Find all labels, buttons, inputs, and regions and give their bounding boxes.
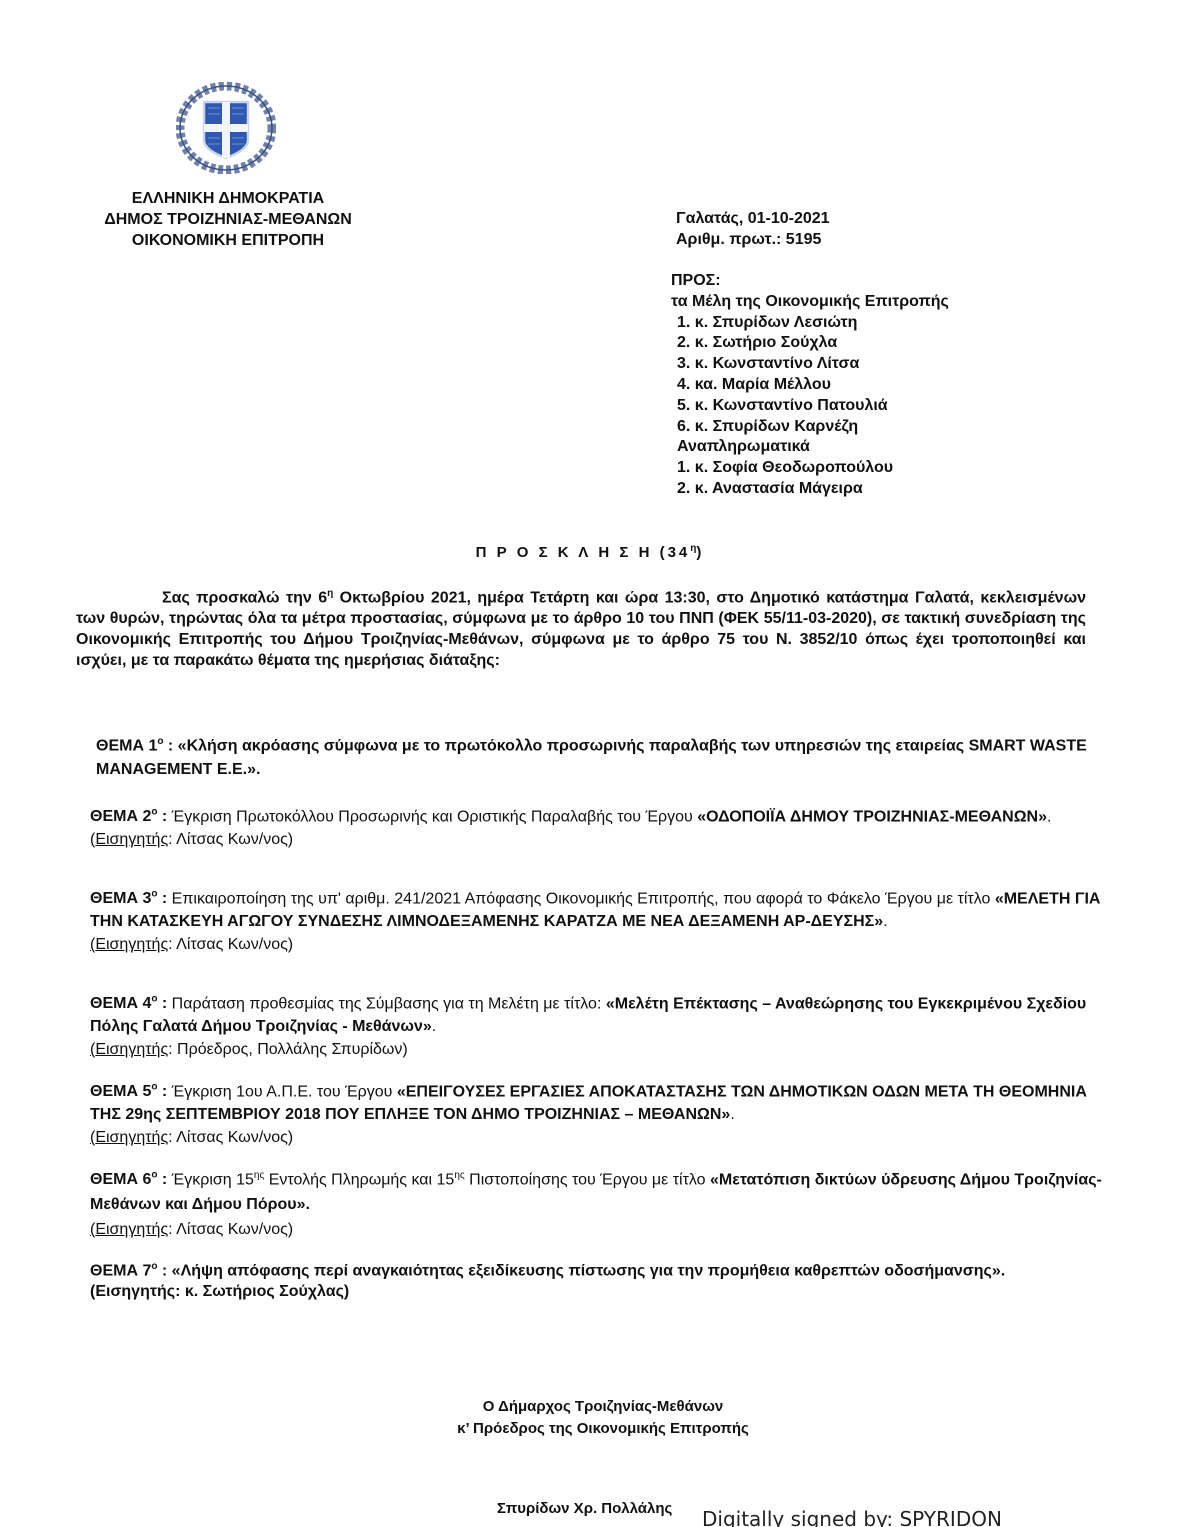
- rapporteur: (Εισηγητής: Πρόεδρος, Πολλάλης Σπυρίδων): [90, 1038, 1110, 1061]
- issuer-line: ΕΛΛΗΝΙΚΗ ΔΗΜΟΚΡΑΤΙΑ: [86, 188, 370, 209]
- protocol-number: Αριθμ. πρωτ.: 5195: [676, 229, 830, 250]
- agenda-topic-1: ΘΕΜΑ 1ο : «Κλήση ακρόασης σύμφωνα με το …: [96, 730, 1116, 782]
- rapporteur-name: : Λίτσας Κων/νος): [168, 936, 293, 953]
- rapporteur: (Εισηγητής: κ. Σωτήριος Σούχλας): [90, 1281, 1150, 1302]
- topic-tail: .: [432, 1018, 436, 1035]
- topic-text: Έγκριση 1ου Α.Π.Ε. του Έργου: [172, 1083, 397, 1100]
- topic-text: «Λήψη απόφασης περί αναγκαιότητας εξειδί…: [172, 1262, 1006, 1279]
- recipient-item: 4. κα. Μαρία Μέλλου: [671, 375, 949, 396]
- topic-label: ΘΕΜΑ 4: [90, 995, 151, 1012]
- rapporteur-name: : Λίτσας Κων/νος): [168, 1221, 293, 1238]
- digital-signature-stamp[interactable]: Digitally signed by: SPYRIDON: [702, 1507, 1002, 1527]
- agenda-topic-6: ΘΕΜΑ 6ο : Έγκριση 15ης Εντολής Πληρωμής …: [90, 1163, 1110, 1242]
- issuer-line: ΟΙΚΟΝΟΜΙΚΗ ΕΠΙΤΡΟΠΗ: [86, 230, 370, 251]
- topic-label: ΘΕΜΑ 5: [90, 1083, 151, 1100]
- topic-text: Έγκριση Πρωτοκόλλου Προσωρινής και Οριστ…: [172, 808, 698, 825]
- topic-sep: :: [157, 995, 171, 1012]
- agenda-topic-4: ΘΕΜΑ 4ο : Παράταση προθεσμίας της Σύμβασ…: [90, 988, 1110, 1061]
- recipient-item: 1. κ. Σπυρίδων Λεσιώτη: [671, 313, 949, 334]
- rapporteur-label: Εισηγητής: [95, 936, 168, 953]
- date-protocol-block: Γαλατάς, 01-10-2021 Αριθμ. πρωτ.: 5195: [676, 208, 830, 250]
- recipient-item: 3. κ. Κωνσταντίνο Λίτσα: [671, 354, 949, 375]
- title-text: Π Ρ Ο Σ Κ Λ Η Σ Η (34: [476, 544, 691, 561]
- topic-label: ΘΕΜΑ 2: [90, 808, 151, 825]
- rapporteur-label: Εισηγητής: [95, 1129, 168, 1146]
- topic-sep: :: [157, 890, 171, 907]
- recipients-block: ΠΡΟΣ: τα Μέλη της Οικονομικής Επιτροπής …: [671, 271, 949, 500]
- topic-text: Έγκριση 15: [172, 1171, 254, 1188]
- title-end: ): [696, 544, 704, 561]
- rapporteur: (Εισηγητής: Λίτσας Κων/νος): [90, 1217, 1110, 1242]
- topic-tail: .: [730, 1106, 734, 1123]
- invitation-intro: Σας προσκαλώ την 6η Οκτωβρίου 2021, ημέρ…: [76, 583, 1086, 671]
- agenda-topic-5: ΘΕΜΑ 5ο : Έγκριση 1ου Α.Π.Ε. του Έργου «…: [90, 1076, 1110, 1149]
- ordinal-sup: ης: [454, 1170, 464, 1181]
- topic-label: ΘΕΜΑ 6: [90, 1171, 151, 1188]
- topic-sep: :: [163, 737, 177, 754]
- alternate-item: 1. κ. Σοφία Θεοδωροπούλου: [671, 458, 949, 479]
- rapporteur-label: Εισηγητής: [95, 1221, 168, 1238]
- invitation-title: Π Ρ Ο Σ Κ Λ Η Σ Η (34η): [0, 543, 1180, 561]
- alternates-title: Αναπληρωματικά: [671, 437, 949, 458]
- place-date: Γαλατάς, 01-10-2021: [676, 208, 830, 229]
- intro-text: Σας προσκαλώ την 6: [162, 589, 327, 606]
- rapporteur-name: : Λίτσας Κων/νος): [168, 1129, 293, 1146]
- signature-role-line: κ’ Πρόεδρος της Οικονομικής Επιτροπής: [400, 1418, 806, 1440]
- agenda-topic-7: ΘΕΜΑ 7ο : «Λήψη απόφασης περί αναγκαιότη…: [90, 1256, 1150, 1302]
- issuer-line: ΔΗΜΟΣ ΤΡΟΙΖΗΝΙΑΣ-ΜΕΘΑΝΩΝ: [86, 209, 370, 230]
- rapporteur-label: Εισηγητής: [95, 831, 168, 848]
- signatory-name: Σπυρίδων Χρ. Πολλάλης: [497, 1500, 672, 1517]
- rapporteur-name: : Πρόεδρος, Πολλάλης Σπυρίδων): [168, 1041, 408, 1058]
- recipients-label: ΠΡΟΣ:: [671, 271, 949, 292]
- topic-text: Πιστοποίησης του Έργου με τίτλο: [465, 1171, 710, 1188]
- recipient-item: 2. κ. Σωτήριο Σούχλα: [671, 333, 949, 354]
- topic-text: Παράταση προθεσμίας της Σύμβασης για τη …: [172, 995, 606, 1012]
- topic-sep: :: [157, 808, 171, 825]
- topic-text: Επικαιροποίηση της υπ' αριθμ. 241/2021 Α…: [172, 890, 995, 907]
- topic-tail: .: [883, 913, 887, 930]
- rapporteur: (Εισηγητής: Λίτσας Κων/νος): [90, 828, 1110, 851]
- greek-coat-of-arms-icon: [176, 82, 276, 174]
- project-title: «ΟΔΟΠΟΙΪΑ ΔΗΜΟΥ ΤΡΟΙΖΗΝΙΑΣ-ΜΕΘΑΝΩΝ»: [697, 808, 1047, 825]
- topic-label: ΘΕΜΑ 1: [96, 737, 157, 754]
- recipient-item: 5. κ. Κωνσταντίνο Πατουλιά: [671, 396, 949, 417]
- topic-label: ΘΕΜΑ 3: [90, 890, 151, 907]
- alternate-item: 2. κ. Αναστασία Μάγειρα: [671, 479, 949, 500]
- recipient-item: 6. κ. Σπυρίδων Καρνέζη: [671, 417, 949, 438]
- rapporteur-label: Εισηγητής: [95, 1041, 168, 1058]
- topic-sep: :: [157, 1262, 171, 1279]
- rapporteur-name: : Λίτσας Κων/νος): [168, 831, 293, 848]
- topic-tail: .: [1047, 808, 1051, 825]
- agenda-topic-2: ΘΕΜΑ 2ο : Έγκριση Πρωτοκόλλου Προσωρινής…: [90, 801, 1110, 851]
- rapporteur: (Εισηγητής: Λίτσας Κων/νος): [90, 933, 1110, 956]
- topic-sep: :: [157, 1171, 171, 1188]
- recipients-group-title: τα Μέλη της Οικονομικής Επιτροπής: [671, 292, 949, 313]
- topic-label: ΘΕΜΑ 7: [90, 1262, 151, 1279]
- rapporteur: (Εισηγητής: Λίτσας Κων/νος): [90, 1126, 1110, 1149]
- topic-text: «Κλήση ακρόασης σύμφωνα με το πρωτόκολλο…: [96, 737, 1087, 778]
- ordinal-sup: ης: [254, 1170, 264, 1181]
- agenda-topic-3: ΘΕΜΑ 3ο : Επικαιροποίηση της υπ' αριθμ. …: [90, 883, 1110, 956]
- topic-text: Εντολής Πληρωμής και 15: [264, 1171, 454, 1188]
- topic-sep: :: [157, 1083, 171, 1100]
- signature-role-line: Ο Δήμαρχος Τροιζηνίας-Μεθάνων: [400, 1396, 806, 1418]
- signature-role: Ο Δήμαρχος Τροιζηνίας-Μεθάνων κ’ Πρόεδρο…: [400, 1396, 806, 1440]
- issuer-block: ΕΛΛΗΝΙΚΗ ΔΗΜΟΚΡΑΤΙΑ ΔΗΜΟΣ ΤΡΟΙΖΗΝΙΑΣ-ΜΕΘ…: [86, 188, 370, 251]
